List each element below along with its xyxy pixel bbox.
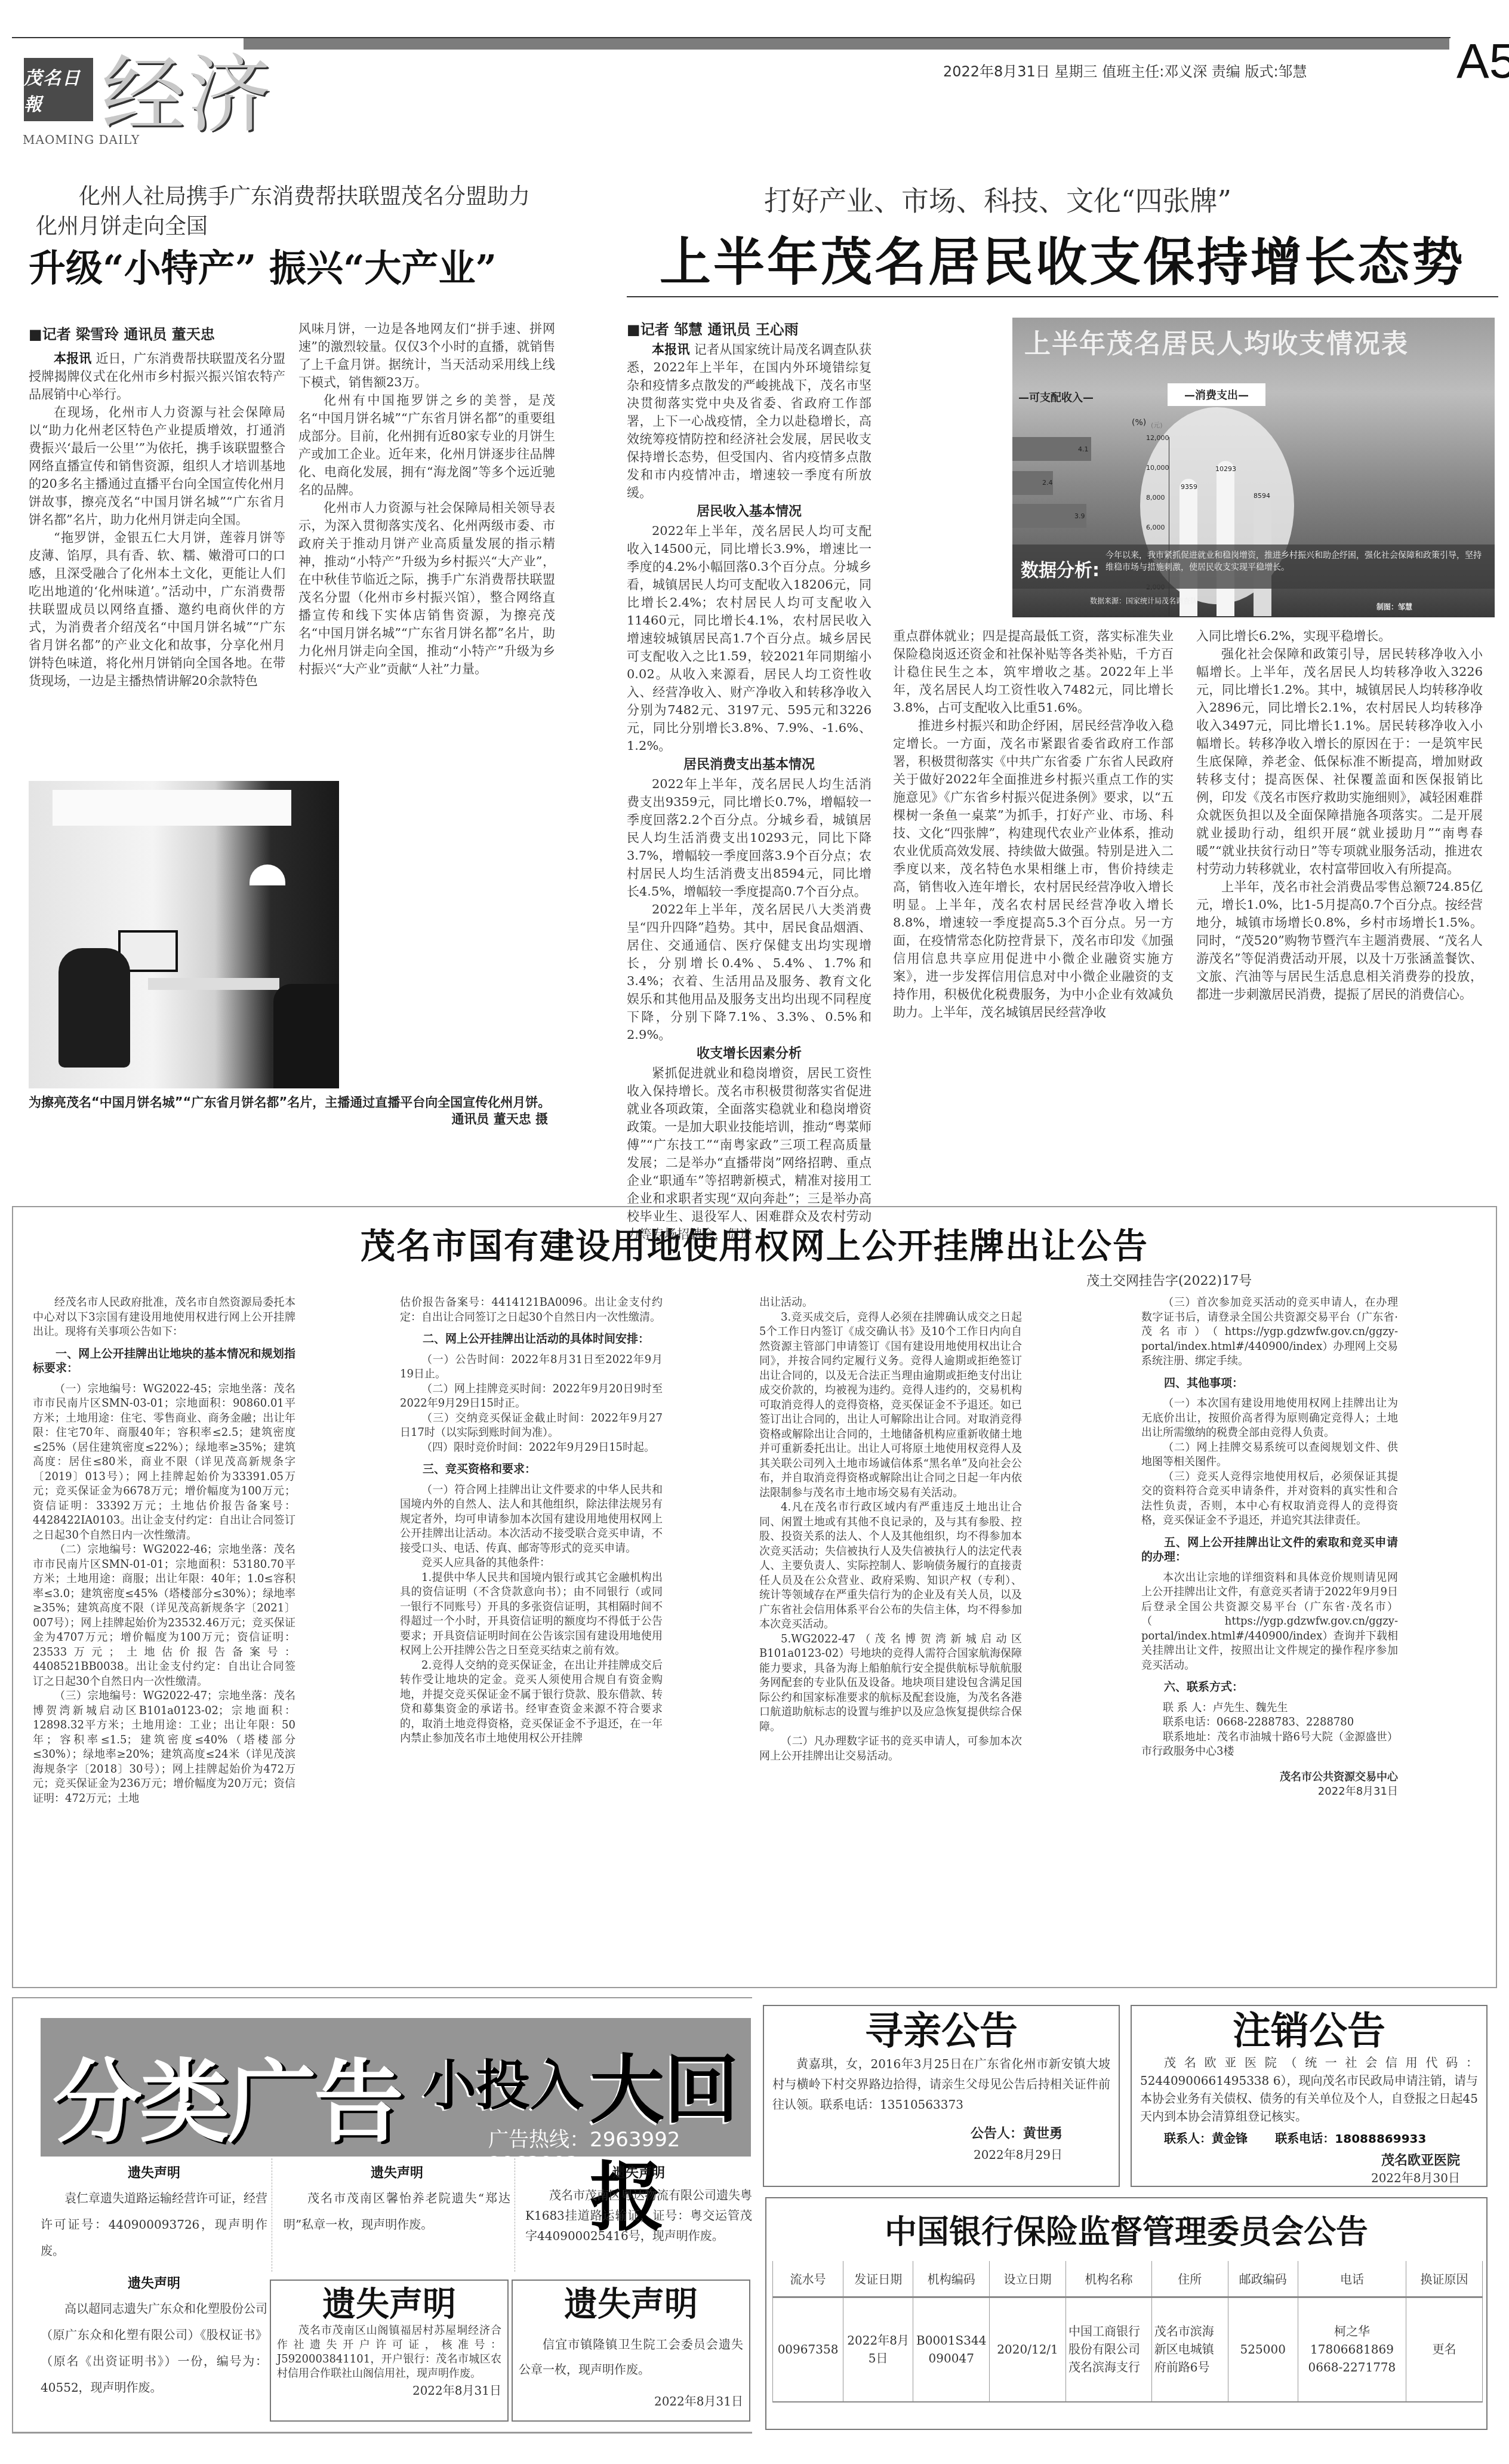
data-source: 数据来源：国家统计局茂名调查队 xyxy=(1090,596,1197,606)
y-tick: 6,000 xyxy=(1146,524,1165,531)
section-heading: 六、联系方式： xyxy=(1141,1680,1398,1695)
person-chair xyxy=(58,948,130,1068)
cell-serial: 00967358 xyxy=(773,2297,843,2402)
search-notice-date: 2022年8月29日 xyxy=(772,2145,1063,2162)
paragraph: 强化社会保障和政策引导，居民转移净收入小幅增长。上半年，茂名居民人均转移净收入3… xyxy=(1196,645,1483,878)
paragraph: 在现场，化州市人力资源与社会保障局以“助力化州老区特色产业提质增效，打通消费振兴… xyxy=(29,403,285,528)
cell-org-name: 中国工商银行股份有限公司茂名滨海支行 xyxy=(1065,2297,1151,2402)
paragraph: 估价报告备案号：4414121BA0096。出让金支付约定：自出让合同签订之日起… xyxy=(400,1296,663,1325)
cancel-notice-signer: 茂名欧亚医院 xyxy=(1140,2150,1460,2168)
col-header: 机构名称 xyxy=(1065,2261,1151,2297)
cancel-contact: 联系人：黄金锋 xyxy=(1164,2131,1248,2146)
bar-value: 10293 xyxy=(1215,465,1236,473)
lost-box-text: 信宜市镇隆镇卫生院工会委员会遗失公章一枚，现声明作废。 xyxy=(519,2332,743,2382)
paragraph: 重点群体就业；四是提高最低工资，落实标准失业保险稳岗返还资金和社保补贴等各类补贴… xyxy=(893,627,1174,716)
cancel-notice-title: 注销公告 xyxy=(1140,2008,1478,2054)
lost-box-title: 遗失声明 xyxy=(519,2284,743,2324)
lost-text: 高以超同志遗失广东众和化塑股份公司（原广东众和化塑有限公司）《股权证书》（原名《… xyxy=(41,2296,267,2401)
date-line: 2022年8月31日 星期三 值班主任:邓义深 责编 版式:邹慧 xyxy=(943,60,1307,81)
search-relatives-notice: 寻亲公告 黄嘉琪，女，2016年3月25日在广东省化州市新安镇大坡村与横岭下村交… xyxy=(763,2005,1120,2187)
lost-notice-2: 遗失声明 茂名市茂南区馨怡养老院遗失“郑达明”私章一枚，现声明作废。 xyxy=(284,2161,510,2238)
newspaper-logo: 茂名日報 xyxy=(24,58,93,121)
paragraph: （三）首次参加竞买活动的竞买申请人，在办理数字证书后，请登录全国公共资源交易平台… xyxy=(1141,1296,1398,1369)
cell-address: 茂名市滨海新区电城镇府前路6号 xyxy=(1151,2297,1228,2402)
paragraph: 2.竞得人交纳的竞买保证金，在出让并挂牌成交后转作受让地块的定金。竞买人须使用合… xyxy=(400,1659,663,1746)
classified-ad-banner: 分类广告 小投入 大回报 广告热线：2963992 2963993 xyxy=(41,2018,751,2157)
land-notice-col-4: （三）首次参加竞买活动的竞买申请人，在办理数字证书后，请登录全国公共资源交易平台… xyxy=(1141,1296,1398,1799)
desk xyxy=(148,978,279,990)
parcel-47: （三）宗地编号：WG2022-47；宗地坐落：茂名博贺湾新城启动区B101a01… xyxy=(33,1689,295,1806)
lost-box-1: 遗失声明 茂名市茂南区山阁镇福居村苏屋垌经济合作社遗失开户许可证，核准号：J59… xyxy=(270,2280,509,2422)
paragraph: （二）网上挂牌交易系统可以查阅规划文件、供地图等相关图件。 xyxy=(1141,1441,1398,1470)
paragraph: 入同比增长6.2%，实现平稳增长。 xyxy=(1196,627,1483,645)
col-header: 设立日期 xyxy=(990,2261,1066,2297)
cancel-notice-text: 茂名欧亚医院（统一社会信用代码：52440900661495338 6），现向茂… xyxy=(1140,2054,1478,2125)
lost-notice-3: 遗失声明 茂名市茂南区粤达物流有限公司遗失粤K1683挂道路运输证，证号：粤交运… xyxy=(525,2161,752,2246)
search-notice-title: 寻亲公告 xyxy=(772,2008,1110,2054)
land-notice-col-2: 估价报告备案号：4414121BA0096。出让金支付约定：自出让合同签订之日起… xyxy=(400,1296,663,1746)
lost-notice-4: 遗失声明 高以超同志遗失广东众和化塑股份公司（原广东众和化塑有限公司）《股权证书… xyxy=(41,2272,267,2401)
right-byline: ■记者 邹慧 通讯员 王心雨 xyxy=(627,318,799,339)
cancel-notice-date: 2022年8月30日 xyxy=(1140,2168,1460,2186)
lost-title: 遗失声明 xyxy=(525,2161,752,2185)
banner-small-text: 小投入 xyxy=(423,2042,584,2120)
section-heading: 一、网上公开挂牌出让地块的基本情况和规划指标要求： xyxy=(33,1347,295,1376)
ring-light xyxy=(250,865,285,885)
bar-value: 4.1 xyxy=(1078,445,1089,453)
subhead-factors: 收支增长因素分析 xyxy=(627,1045,871,1063)
cell-postcode: 525000 xyxy=(1228,2297,1298,2402)
y-axis-ticks: 12,000 10,000 8,000 6,000 4,000 2,000 xyxy=(1146,434,1170,617)
chart-title: 上半年茂名居民人均收支情况表 xyxy=(1024,322,1409,361)
section-heading: 五、网上公开挂牌出让文件的索取和竞买申请的办理： xyxy=(1141,1536,1398,1565)
bar-value: 8594 xyxy=(1254,492,1270,500)
paragraph: 2022年上半年，茂名居民八大类消费呈“四升四降”趋势。其中，居民食品烟酒、居住… xyxy=(627,900,871,1044)
section-heading: 三、竞买资格和要求： xyxy=(400,1462,663,1477)
y-tick: 12,000 xyxy=(1146,434,1169,442)
land-notice-ref: 茂土交网挂告字(2022)17号 xyxy=(1086,1271,1252,1289)
y-tick: 10,000 xyxy=(1146,464,1169,472)
paragraph: （三）竞买人竞得宗地使用权后，必须保证其提交的资料符合竞买申请条件，并对资料的真… xyxy=(1141,1470,1398,1528)
page-number: A5 xyxy=(1456,33,1509,90)
cbirc-notice: 中国银行保险监督管理委员会公告 流水号 发证日期 机构编码 设立日期 机构名称 … xyxy=(765,2197,1488,2430)
lost-box-2: 遗失声明 信宜市镇隆镇卫生院工会委员会遗失公章一枚，现声明作废。 2022年8月… xyxy=(512,2280,750,2422)
table-header-row: 流水号 发证日期 机构编码 设立日期 机构名称 住所 邮政编码 电话 换证原因 xyxy=(773,2261,1483,2297)
paragraph: 出让活动。 xyxy=(759,1296,1022,1311)
section-heading: 四、其他事项： xyxy=(1141,1376,1398,1391)
deregistration-notice: 注销公告 茂名欧亚医院（统一社会信用代码：52440900661495338 6… xyxy=(1131,2005,1488,2187)
headline-rule xyxy=(627,296,1498,297)
caption-text: 为擦亮茂名“中国月饼名城”“广东省月饼名都”名片，主播通过直播平台向全国宣传化州… xyxy=(29,1095,550,1109)
paragraph: 4.凡在茂名市行政区域内有严重违反土地出让合同、闲置土地或有其他不良记录的，及与… xyxy=(759,1500,1022,1632)
bar-value: 3.9 xyxy=(1074,512,1085,520)
paragraph: （二）网上挂牌竞买时间：2022年9月20日9时至2022年9月29日15时正。 xyxy=(400,1382,663,1411)
right-col-1: 本报讯 记者从国家统计局茂名调查队获悉，2022年上半年，在国内外环境错综复杂和… xyxy=(627,340,871,1243)
paragraph: （一）符合网上挂牌出让文件要求的中华人民共和国境内外的自然人、法人和其他组织，除… xyxy=(400,1483,663,1556)
left-col-2: 风味月饼，一边是各地网友们“拼手速、拼网速”的激烈较量。仅仅3个小时的直播，就销… xyxy=(298,319,555,678)
logo-text: 茂名日報 xyxy=(24,63,93,116)
col-header: 流水号 xyxy=(773,2261,843,2297)
col-header: 发证日期 xyxy=(843,2261,913,2297)
livestream-photo xyxy=(29,781,339,1088)
data-analysis-box: 数据分析: 今年以来，我市紧抓促进就业和稳岗增资，推进乡村振兴和助企纾困，强化社… xyxy=(1012,545,1495,589)
lost-text: 袁仁章遗失道路运输经营许可证，经营许可证号：440900093726，现声明作废… xyxy=(41,2185,267,2264)
banner-main-text: 分类广告 xyxy=(53,2030,401,2159)
left-headline: 升级“小特产” 振兴“大产业” xyxy=(29,239,497,292)
cell-setup-date: 2020/12/1 xyxy=(990,2297,1066,2402)
income-unit: (%) xyxy=(1132,418,1146,427)
y-tick: 8,000 xyxy=(1146,494,1165,502)
spending-unit: (元) xyxy=(1151,420,1163,430)
right-headline: 上半年茂名居民收支保持增长态势 xyxy=(627,221,1498,295)
col-header: 换证原因 xyxy=(1406,2261,1483,2297)
lost-title: 遗失声明 xyxy=(284,2161,510,2185)
y-axis xyxy=(1169,437,1169,616)
cell-phone: 柯之华 17806681869 0668-2271778 xyxy=(1298,2297,1406,2402)
paragraph: 1.提供中华人民共和国境内银行或其它金融机构出具的资信证明（不含贷款意向书）；由… xyxy=(400,1571,663,1659)
paragraph: 3.竞买成交后，竞得人必须在挂牌确认成交之日起5个工作日内签订《成交确认书》及1… xyxy=(759,1311,1022,1501)
col-header: 邮政编码 xyxy=(1228,2261,1298,2297)
divider xyxy=(515,2158,515,2272)
paragraph: 本次出让宗地的详细资料和具体竞价规则请见网上公开挂牌出让文件，有意竞买者请于20… xyxy=(1141,1571,1398,1674)
right-col-2: 重点群体就业；四是提高最低工资，落实标准失业保险稳岗返还资金和社保补贴等各类补贴… xyxy=(893,627,1174,1021)
header-grey-bar xyxy=(244,38,1449,50)
paragraph: 上半年，茂名市社会消费品零售总额724.85亿元，增长1.0%，比1-5月提高0… xyxy=(1196,878,1483,1003)
lead-label: 本报讯 xyxy=(54,351,92,365)
ceiling xyxy=(53,790,291,826)
section-heading: 二、网上公开挂牌出让活动的具体时间安排： xyxy=(400,1332,663,1347)
left-col-1: 本报讯 近日，广东消费帮扶联盟茂名分盟授牌揭牌仪式在化州市乡村振兴振兴馆农特产品… xyxy=(29,349,285,690)
paragraph: （三）交纳竞买保证金截止时间：2022年9月27日17时（以实际到账时间为准）。 xyxy=(400,1411,663,1441)
lost-box-date: 2022年8月31日 xyxy=(277,2381,501,2398)
lost-box-title: 遗失声明 xyxy=(277,2284,501,2324)
land-notice-title: 茂名市国有建设用地使用权网上公开挂牌出让公告 xyxy=(12,1218,1497,1268)
caption-credit: 通讯员 董天忠 摄 xyxy=(451,1111,548,1127)
left-byline: ■记者 梁雪玲 通讯员 董天忠 xyxy=(29,322,215,343)
search-notice-text: 黄嘉琪，女，2016年3月25日在广东省化州市新安镇大坡村与横岭下村交界路边拾得… xyxy=(772,2054,1110,2115)
lost-box-date: 2022年8月31日 xyxy=(519,2392,743,2409)
institution-table: 流水号 发证日期 机构编码 设立日期 机构名称 住所 邮政编码 电话 换证原因 … xyxy=(772,2261,1483,2403)
lead-label: 本报讯 xyxy=(652,342,690,356)
cancel-notice-contact-row: 联系人：黄金锋 联系电话：18088869933 xyxy=(1164,2129,1478,2146)
paragraph: 竞买人应具备的其他条件： xyxy=(400,1556,663,1571)
section-title: 经济 xyxy=(101,48,273,143)
col-header: 住所 xyxy=(1151,2261,1228,2297)
contact-person: 联 系 人：卢先生、魏先生 xyxy=(1141,1701,1398,1716)
lost-text: 茂名市茂南区粤达物流有限公司遗失粤K1683挂道路运输证，证号：粤交运管茂字44… xyxy=(525,2185,752,2246)
parcel-46: （二）宗地编号：WG2022-46；宗地坐落：茂名市市民南片区SMN-01-01… xyxy=(33,1543,295,1689)
subhead-income: 居民收入基本情况 xyxy=(627,503,871,521)
right-col-3: 入同比增长6.2%，实现平稳增长。 强化社会保障和政策引导，居民转移净收入小幅增… xyxy=(1196,627,1483,1003)
classified-left-rule xyxy=(12,1997,13,2433)
lost-text: 茂名市茂南区馨怡养老院遗失“郑达明”私章一枚，现声明作废。 xyxy=(284,2185,510,2238)
paragraph: 经茂名市人民政府批准，茂名市自然资源局委托本中心对以下3宗国有建设用地使用权进行… xyxy=(33,1296,295,1340)
chart-credit: 制图：邹慧 xyxy=(1376,602,1412,612)
notice-date: 2022年8月31日 xyxy=(1141,1785,1398,1799)
paragraph: 风味月饼，一边是各地网友们“拼手速、拼网速”的激烈较量。仅仅3个小时的直播，就销… xyxy=(298,319,555,391)
spending-panel-title: —消费支出— xyxy=(1168,383,1265,406)
second-chair xyxy=(273,984,339,1088)
cell-org-code: B0001S344090047 xyxy=(913,2297,990,2402)
paragraph: 5.WG2022-47（茂名博贺湾新城启动区B101a0123-02）号地块的竞… xyxy=(759,1632,1022,1735)
col-header: 电话 xyxy=(1298,2261,1406,2297)
parcel-45: （一）宗地编号：WG2022-45；宗地坐落：茂名市市民南片区SMN-03-01… xyxy=(33,1382,295,1543)
bar-value: 2.4 xyxy=(1042,479,1053,487)
cell-reason: 更名 xyxy=(1406,2297,1483,2402)
paragraph: （四）限时竞价时间：2022年9月29日15时起。 xyxy=(400,1441,663,1456)
photo-caption: 为擦亮茂名“中国月饼名城”“广东省月饼名都”名片，主播通过直播平台向全国宣传化州… xyxy=(29,1094,584,1127)
lost-box-text: 茂名市茂南区山阁镇福居村苏屋垌经济合作社遗失开户许可证，核准号：J5920003… xyxy=(277,2324,501,2381)
contact-phone: 联系电话：0668-2288783、2288780 xyxy=(1141,1715,1398,1730)
paragraph: “拖罗饼，金银五仁大月饼，莲蓉月饼等皮薄、馅厚，具有香、软、糯、嫩滑可口的口感，… xyxy=(29,528,285,690)
income-bars: 4.1 2.4 3.9 xyxy=(1012,437,1132,530)
left-kicker: 化州人社局携手广东消费帮扶联盟茂名分盟助力化州月饼走向全国 xyxy=(36,182,543,242)
lost-title: 遗失声明 xyxy=(41,2272,267,2296)
spend-bar-urban xyxy=(1217,461,1234,616)
col-header: 机构编码 xyxy=(913,2261,990,2297)
bar-value: 9359 xyxy=(1181,483,1197,491)
income-spending-chart: 上半年茂名居民人均收支情况表 —可支配收入— (%) 4.1 2.4 3.9 —… xyxy=(1012,318,1495,617)
cbirc-notice-title: 中国银行保险监督管理委员会公告 xyxy=(772,2207,1480,2253)
divider xyxy=(272,2158,272,2272)
search-notice-signer: 公告人：黄世勇 xyxy=(772,2123,1063,2142)
classified-bottom-rule xyxy=(12,2432,752,2434)
income-panel-title: —可支配收入— xyxy=(1018,389,1094,405)
classified-top-rule xyxy=(12,1997,752,1998)
contact-address: 联系地址：茂名市油城十路6号大院（金源盛世）市行政服务中心3楼 xyxy=(1141,1730,1398,1759)
cancel-phone: 联系电话：18088869933 xyxy=(1275,2131,1426,2146)
right-kicker: 打好产业、市场、科技、文化“四张牌” xyxy=(764,179,1231,219)
table-row: 00967358 2022年8月5日 B0001S344090047 2020/… xyxy=(773,2297,1483,2402)
land-notice-col-1: 经茂名市人民政府批准，茂名市自然资源局委托本中心对以下3宗国有建设用地使用权进行… xyxy=(33,1296,295,1806)
paragraph: 2022年上半年，茂名居民人均生活消费支出9359元，同比增长0.7%，增幅较一… xyxy=(627,775,871,900)
paragraph: 推进乡村振兴和助企纾困，居民经营净收入稳定增长。一方面，茂名市紧跟省委省政府工作… xyxy=(893,716,1174,1021)
analysis-label: 数据分析: xyxy=(1021,555,1100,582)
subhead-spending: 居民消费支出基本情况 xyxy=(627,756,871,774)
lost-notice-1: 遗失声明 袁仁章遗失道路运输经营许可证，经营许可证号：440900093726，… xyxy=(41,2161,267,2264)
paragraph: （一）公告时间：2022年8月31日至2022年9月19日止。 xyxy=(400,1353,663,1382)
paragraph: 记者从国家统计局茂名调查队获悉，2022年上半年，在国内外环境错综复杂和疫情多点… xyxy=(627,342,871,500)
paragraph: （二）凡办理数字证书的竞买申请人，可参加本次网上公开挂牌出让交易活动。 xyxy=(759,1734,1022,1764)
lost-title: 遗失声明 xyxy=(41,2161,267,2185)
paragraph: 化州市人力资源与社会保障局相关领导表示，为深入贯彻落实茂名、化州两级市委、市政府… xyxy=(298,499,555,678)
land-notice-col-3: 出让活动。 3.竞买成交后，竞得人必须在挂牌确认成交之日起5个工作日内签订《成交… xyxy=(759,1296,1022,1764)
paragraph: 2022年上半年，茂名居民人均可支配收入14500元，同比增长3.9%，增速比一… xyxy=(627,522,871,755)
paragraph: 化州有中国拖罗饼之乡的美誉，是茂名“中国月饼名城”“广东省月饼名都”的重要组成部… xyxy=(298,391,555,499)
notice-signer: 茂名市公共资源交易中心 xyxy=(1141,1770,1398,1785)
cell-issue-date: 2022年8月5日 xyxy=(843,2297,913,2402)
paragraph: （一）本次国有建设用地使用权网上挂牌出让为无底价出让，按照价高者得为原则确定竞得… xyxy=(1141,1396,1398,1441)
